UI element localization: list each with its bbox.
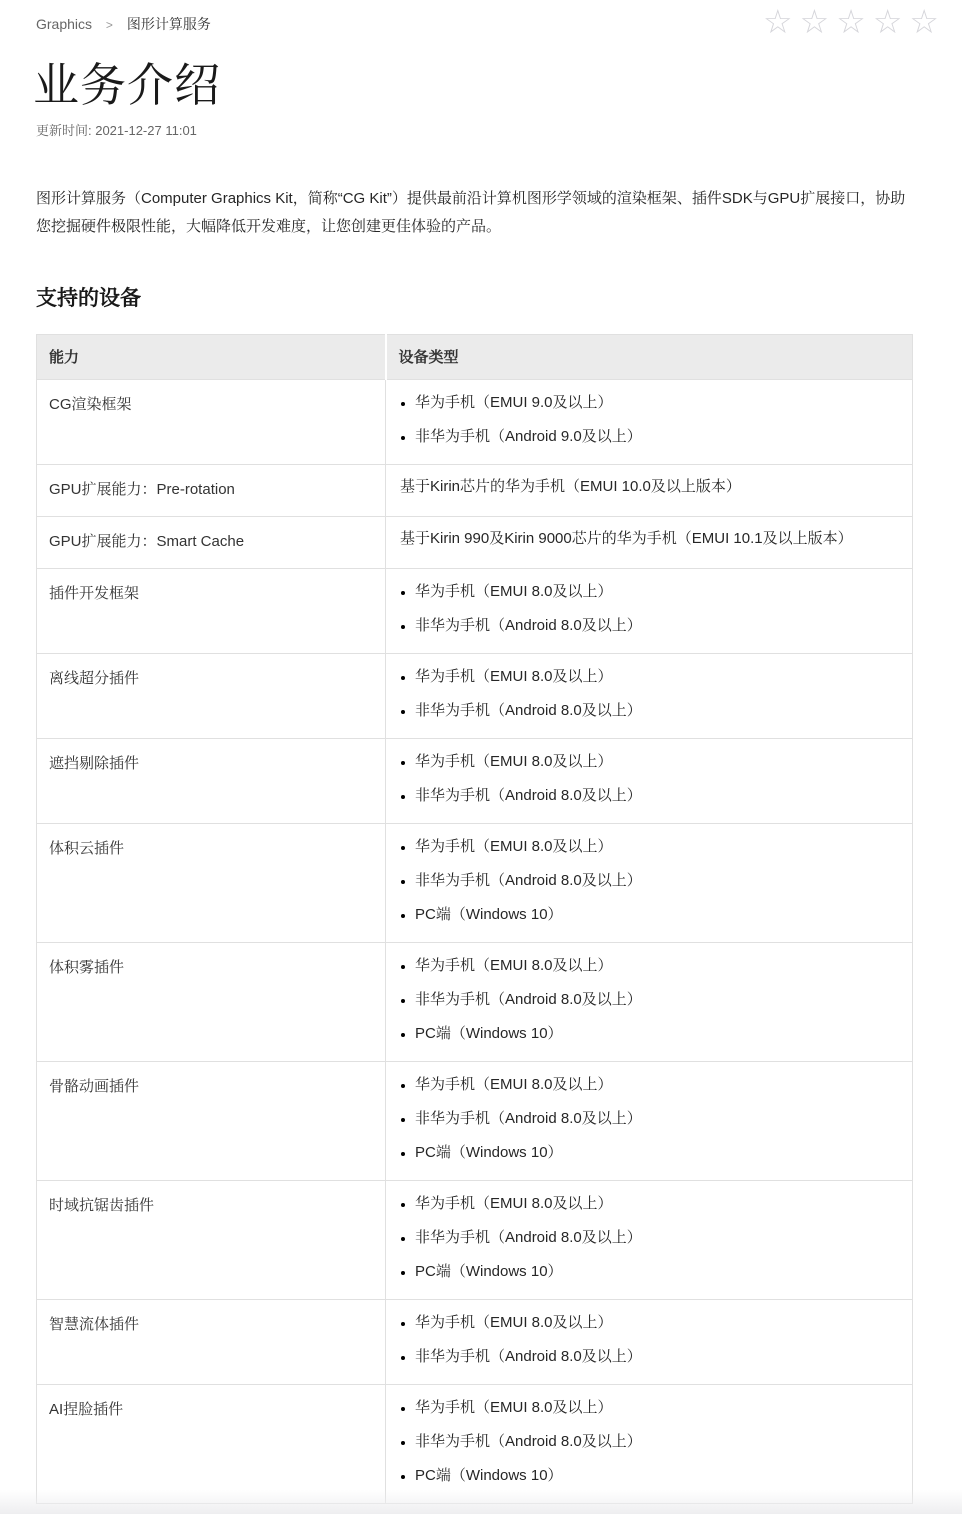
rating-stars[interactable]: ☆☆☆☆☆ bbox=[763, 2, 946, 42]
capability-cell: CG渲染框架 bbox=[37, 380, 386, 465]
device-type-cell: 华为手机（EMUI 8.0及以上）非华为手机（Android 8.0及以上） bbox=[386, 739, 913, 824]
capability-cell: GPU扩展能力：Smart Cache bbox=[37, 517, 386, 569]
table-row: AI捏脸插件 华为手机（EMUI 8.0及以上）非华为手机（Android 8.… bbox=[37, 1385, 913, 1504]
capability-cell: 离线超分插件 bbox=[37, 654, 386, 739]
capability-cell: 体积云插件 bbox=[37, 824, 386, 943]
device-list-item: 非华为手机（Android 8.0及以上） bbox=[415, 615, 900, 637]
device-type-cell: 华为手机（EMUI 8.0及以上）非华为手机（Android 8.0及以上）PC… bbox=[386, 1385, 913, 1504]
device-list-item: 华为手机（EMUI 8.0及以上） bbox=[415, 666, 900, 688]
device-type-cell: 华为手机（EMUI 8.0及以上）非华为手机（Android 8.0及以上）PC… bbox=[386, 1181, 913, 1300]
device-list-item: 华为手机（EMUI 9.0及以上） bbox=[415, 392, 900, 414]
device-list-item: 非华为手机（Android 8.0及以上） bbox=[415, 870, 900, 892]
device-type-cell: 华为手机（EMUI 8.0及以上）非华为手机（Android 8.0及以上） bbox=[386, 654, 913, 739]
capability-label: GPU扩展能力：Smart Cache bbox=[49, 533, 244, 550]
devices-table: 能力 设备类型 CG渲染框架 华为手机（EMUI 9.0及以上）非华为手机（An… bbox=[36, 334, 913, 1504]
breadcrumb-item-graphics[interactable]: Graphics bbox=[36, 16, 92, 32]
device-type-cell: 华为手机（EMUI 8.0及以上）非华为手机（Android 8.0及以上）PC… bbox=[386, 943, 913, 1062]
device-list-item: 华为手机（EMUI 8.0及以上） bbox=[415, 751, 900, 773]
device-list-item: PC端（Windows 10） bbox=[415, 1465, 900, 1487]
device-list-item: 华为手机（EMUI 8.0及以上） bbox=[415, 581, 900, 603]
device-list-item: 非华为手机（Android 8.0及以上） bbox=[415, 785, 900, 807]
star-icon[interactable]: ☆ bbox=[800, 2, 837, 41]
table-row: 时域抗锯齿插件 华为手机（EMUI 8.0及以上）非华为手机（Android 8… bbox=[37, 1181, 913, 1300]
capability-label: 离线超分插件 bbox=[49, 670, 139, 687]
doc-page: Graphics > 图形计算服务 ☆☆☆☆☆ 业务介绍 更新时间: 2021-… bbox=[0, 0, 962, 1504]
device-list-item: 华为手机（EMUI 8.0及以上） bbox=[415, 1312, 900, 1334]
capability-label: 体积云插件 bbox=[49, 840, 124, 857]
device-list: 华为手机（EMUI 8.0及以上）非华为手机（Android 8.0及以上）PC… bbox=[394, 836, 900, 926]
table-row: 离线超分插件 华为手机（EMUI 8.0及以上）非华为手机（Android 8.… bbox=[37, 654, 913, 739]
table-row: GPU扩展能力：Pre-rotation 基于Kirin芯片的华为手机（EMUI… bbox=[37, 465, 913, 517]
table-row: GPU扩展能力：Smart Cache 基于Kirin 990及Kirin 90… bbox=[37, 517, 913, 569]
capability-cell: 时域抗锯齿插件 bbox=[37, 1181, 386, 1300]
table-header-row: 能力 设备类型 bbox=[37, 335, 913, 380]
breadcrumb-item-current: 图形计算服务 bbox=[127, 16, 211, 32]
capability-label: GPU扩展能力：Pre-rotation bbox=[49, 481, 235, 498]
page-footer-fade bbox=[0, 1490, 962, 1514]
star-icon[interactable]: ☆ bbox=[909, 2, 946, 41]
device-list: 华为手机（EMUI 8.0及以上）非华为手机（Android 8.0及以上） bbox=[394, 581, 900, 637]
device-list-item: 华为手机（EMUI 8.0及以上） bbox=[415, 1397, 900, 1419]
device-list: 华为手机（EMUI 8.0及以上）非华为手机（Android 8.0及以上） bbox=[394, 1312, 900, 1368]
table-row: 体积雾插件 华为手机（EMUI 8.0及以上）非华为手机（Android 8.0… bbox=[37, 943, 913, 1062]
device-type-cell: 华为手机（EMUI 8.0及以上）非华为手机（Android 8.0及以上）PC… bbox=[386, 1062, 913, 1181]
capability-label: 遮挡剔除插件 bbox=[49, 755, 139, 772]
device-list-item: 华为手机（EMUI 8.0及以上） bbox=[415, 955, 900, 977]
capability-label: CG渲染框架 bbox=[49, 396, 132, 413]
device-type-cell: 华为手机（EMUI 8.0及以上）非华为手机（Android 8.0及以上） bbox=[386, 569, 913, 654]
device-type-cell: 华为手机（EMUI 8.0及以上）非华为手机（Android 8.0及以上）PC… bbox=[386, 824, 913, 943]
device-list: 华为手机（EMUI 8.0及以上）非华为手机（Android 8.0及以上）PC… bbox=[394, 955, 900, 1045]
intro-paragraph: 图形计算服务（Computer Graphics Kit，简称“CG Kit”）… bbox=[36, 185, 913, 241]
device-text: 基于Kirin 990及Kirin 9000芯片的华为手机（EMUI 10.1及… bbox=[394, 525, 900, 552]
device-list-item: 非华为手机（Android 8.0及以上） bbox=[415, 1431, 900, 1453]
star-icon[interactable]: ☆ bbox=[873, 2, 910, 41]
table-row: 插件开发框架 华为手机（EMUI 8.0及以上）非华为手机（Android 8.… bbox=[37, 569, 913, 654]
capability-cell: AI捏脸插件 bbox=[37, 1385, 386, 1504]
breadcrumb-separator-icon: > bbox=[106, 18, 113, 32]
section-title: 支持的设备 bbox=[36, 284, 913, 314]
device-list: 华为手机（EMUI 8.0及以上）非华为手机（Android 8.0及以上）PC… bbox=[394, 1074, 900, 1164]
page-title: 业务介绍 bbox=[33, 59, 913, 111]
device-type-cell: 基于Kirin 990及Kirin 9000芯片的华为手机（EMUI 10.1及… bbox=[386, 517, 913, 569]
device-list: 华为手机（EMUI 8.0及以上）非华为手机（Android 8.0及以上） bbox=[394, 666, 900, 722]
device-list-item: 非华为手机（Android 8.0及以上） bbox=[415, 989, 900, 1011]
device-list-item: 华为手机（EMUI 8.0及以上） bbox=[415, 836, 900, 858]
device-type-cell: 华为手机（EMUI 8.0及以上）非华为手机（Android 8.0及以上） bbox=[386, 1300, 913, 1385]
capability-cell: 骨骼动画插件 bbox=[37, 1062, 386, 1181]
table-row: CG渲染框架 华为手机（EMUI 9.0及以上）非华为手机（Android 9.… bbox=[37, 380, 913, 465]
device-list-item: 华为手机（EMUI 8.0及以上） bbox=[415, 1193, 900, 1215]
table-row: 骨骼动画插件 华为手机（EMUI 8.0及以上）非华为手机（Android 8.… bbox=[37, 1062, 913, 1181]
column-header-device-type: 设备类型 bbox=[386, 335, 913, 380]
capability-cell: 插件开发框架 bbox=[37, 569, 386, 654]
capability-label: 体积雾插件 bbox=[49, 959, 124, 976]
capability-label: AI捏脸插件 bbox=[49, 1401, 123, 1418]
table-row: 遮挡剔除插件 华为手机（EMUI 8.0及以上）非华为手机（Android 8.… bbox=[37, 739, 913, 824]
device-list: 华为手机（EMUI 8.0及以上）非华为手机（Android 8.0及以上） bbox=[394, 751, 900, 807]
column-header-capability: 能力 bbox=[37, 335, 386, 380]
capability-cell: 遮挡剔除插件 bbox=[37, 739, 386, 824]
star-icon[interactable]: ☆ bbox=[763, 2, 800, 41]
capability-label: 插件开发框架 bbox=[49, 585, 139, 602]
device-type-cell: 华为手机（EMUI 9.0及以上）非华为手机（Android 9.0及以上） bbox=[386, 380, 913, 465]
device-list: 华为手机（EMUI 9.0及以上）非华为手机（Android 9.0及以上） bbox=[394, 392, 900, 448]
device-list-item: PC端（Windows 10） bbox=[415, 904, 900, 926]
device-list-item: 非华为手机（Android 8.0及以上） bbox=[415, 700, 900, 722]
device-list-item: PC端（Windows 10） bbox=[415, 1261, 900, 1283]
table-row: 体积云插件 华为手机（EMUI 8.0及以上）非华为手机（Android 8.0… bbox=[37, 824, 913, 943]
table-row: 智慧流体插件 华为手机（EMUI 8.0及以上）非华为手机（Android 8.… bbox=[37, 1300, 913, 1385]
device-list-item: PC端（Windows 10） bbox=[415, 1023, 900, 1045]
star-icon[interactable]: ☆ bbox=[836, 2, 873, 41]
device-list: 华为手机（EMUI 8.0及以上）非华为手机（Android 8.0及以上）PC… bbox=[394, 1397, 900, 1487]
device-list-item: 非华为手机（Android 9.0及以上） bbox=[415, 426, 900, 448]
capability-cell: GPU扩展能力：Pre-rotation bbox=[37, 465, 386, 517]
device-list-item: 非华为手机（Android 8.0及以上） bbox=[415, 1346, 900, 1368]
device-type-cell: 基于Kirin芯片的华为手机（EMUI 10.0及以上版本） bbox=[386, 465, 913, 517]
device-list-item: 华为手机（EMUI 8.0及以上） bbox=[415, 1074, 900, 1096]
capability-cell: 体积雾插件 bbox=[37, 943, 386, 1062]
capability-label: 时域抗锯齿插件 bbox=[49, 1197, 154, 1214]
capability-label: 骨骼动画插件 bbox=[49, 1078, 139, 1095]
device-text: 基于Kirin芯片的华为手机（EMUI 10.0及以上版本） bbox=[394, 473, 900, 500]
device-list-item: PC端（Windows 10） bbox=[415, 1142, 900, 1164]
update-time: 更新时间: 2021-12-27 11:01 bbox=[36, 120, 913, 139]
capability-cell: 智慧流体插件 bbox=[37, 1300, 386, 1385]
device-list-item: 非华为手机（Android 8.0及以上） bbox=[415, 1227, 900, 1249]
capability-label: 智慧流体插件 bbox=[49, 1316, 139, 1333]
device-list: 华为手机（EMUI 8.0及以上）非华为手机（Android 8.0及以上）PC… bbox=[394, 1193, 900, 1283]
device-list-item: 非华为手机（Android 8.0及以上） bbox=[415, 1108, 900, 1130]
